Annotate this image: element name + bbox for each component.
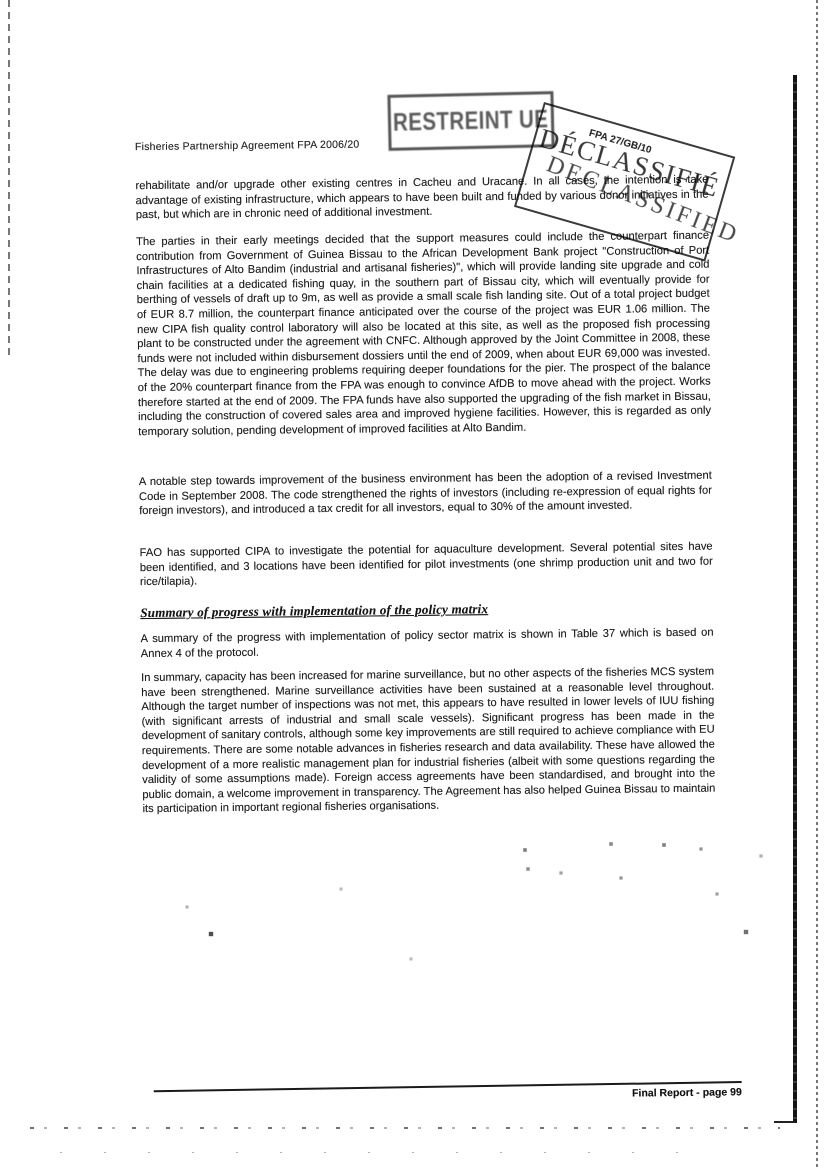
restreint-ue-stamp-text: RESTREINT UE [393,105,549,138]
scan-noise-line-bottom [30,1127,780,1129]
scan-edge-artifact-far-right [816,0,818,1168]
scan-noise-line-bottom-2 [60,1152,710,1153]
paragraph-investment-code: A notable step towards improvement of th… [139,469,712,519]
scan-edge-artifact-right [793,75,797,1123]
restreint-ue-stamp: RESTREINT UE [387,91,554,151]
paragraph-counterpart-finance: The parties in their early meetings deci… [136,229,711,440]
paragraph-summary-table37: A summary of the progress with implement… [141,626,714,662]
footer-page-number: Final Report - page 99 [446,1086,742,1101]
scan-edge-artifact-right-foot [774,1121,795,1123]
section-heading-policy-matrix: Summary of progress with implementation … [140,601,488,621]
scan-edge-artifact-left [8,0,10,355]
document-header: Fisheries Partnership Agreement FPA 2006… [135,139,359,154]
scan-noise-specks [0,0,2,2]
scanned-document-page: Fisheries Partnership Agreement FPA 2006… [0,0,825,1168]
paragraph-in-summary: In summary, capacity has been increased … [141,665,716,817]
paragraph-fao-aquaculture: FAO has supported CIPA to investigate th… [140,540,713,590]
